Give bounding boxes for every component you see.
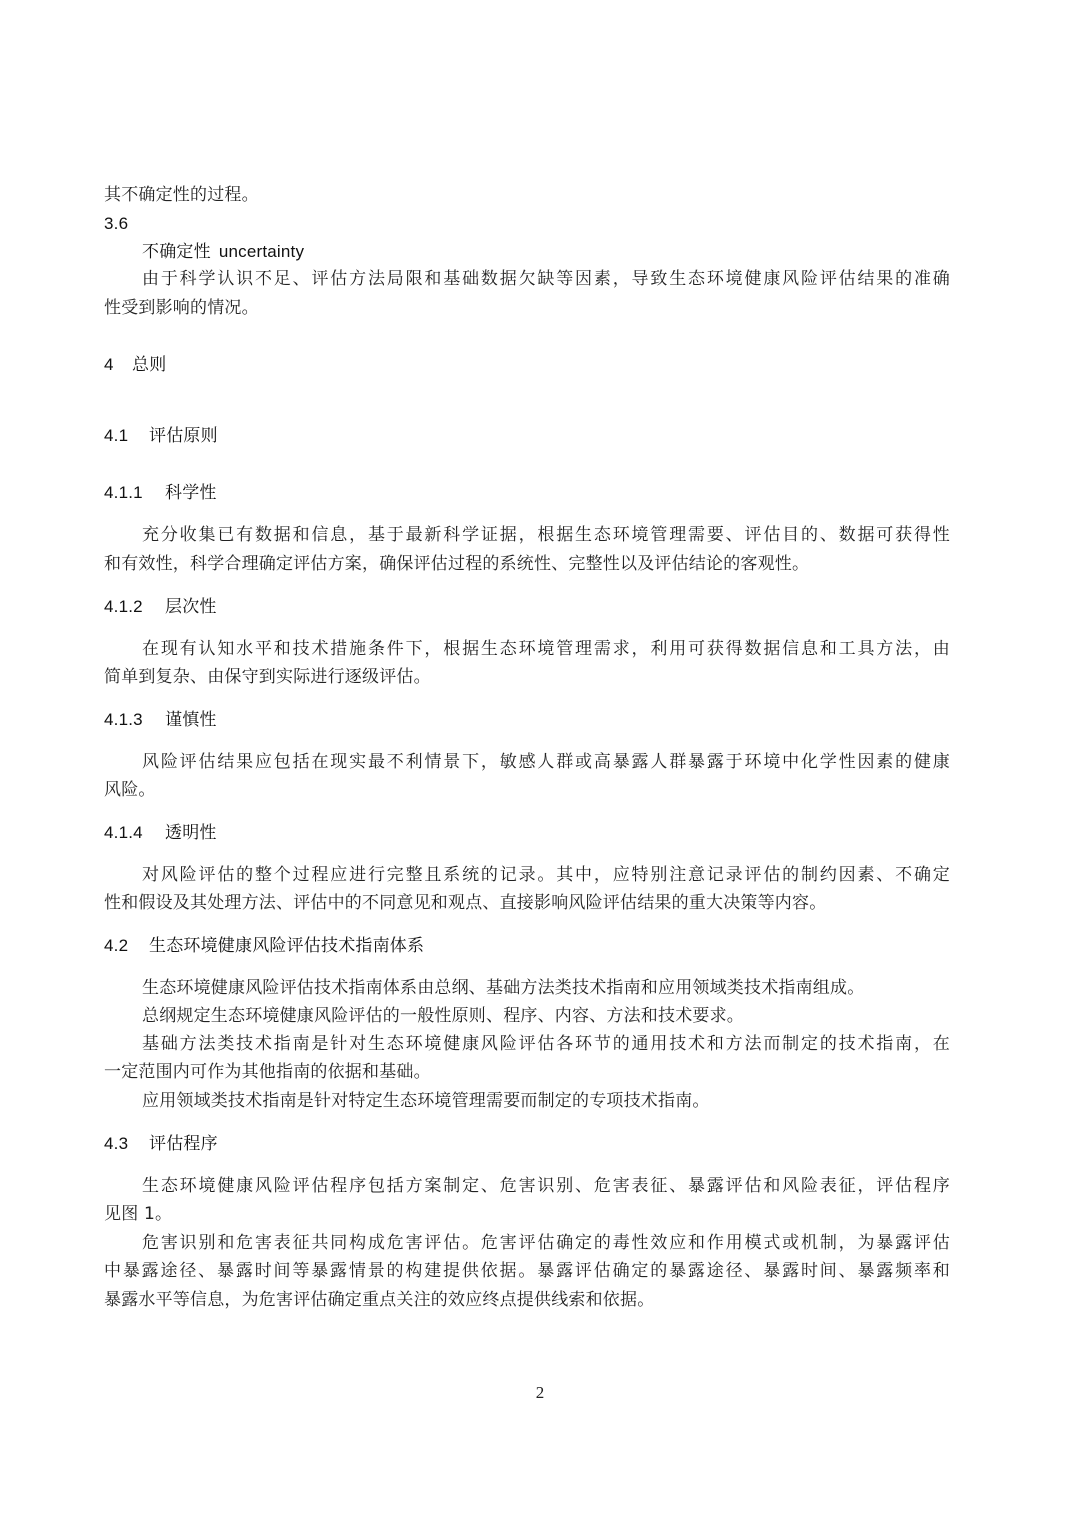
paragraph-line: 对风险评估的整个过程应进行完整且系统的记录。其中，应特别注意记录评估的制约因素、… bbox=[142, 864, 950, 886]
document-page: 其不确定性的过程。 3.6 不确定性uncertainty 由于科学认识不足、评… bbox=[0, 0, 1080, 1527]
section-number: 4.2 bbox=[104, 935, 149, 957]
section-number: 3.6 bbox=[104, 213, 128, 235]
section-title: 谨慎性 bbox=[165, 710, 217, 730]
continuation-text: 其不确定性的过程。 bbox=[104, 184, 259, 206]
term-zh: 不确定性 bbox=[142, 242, 211, 262]
section-number-3-6: 3.6 bbox=[104, 213, 128, 235]
section-heading-4-1-4: 4.1.4透明性 bbox=[104, 822, 217, 844]
paragraph-line: 在现有认知水平和技术措施条件下，根据生态环境管理需求，利用可获得数据信息和工具方… bbox=[142, 638, 950, 660]
paragraph-line: 生态环境健康风险评估技术指南体系由总纲、基础方法类技术指南和应用领域类技术指南组… bbox=[142, 977, 864, 999]
section-heading-4-1-1: 4.1.1科学性 bbox=[104, 482, 217, 504]
paragraph-line: 暴露水平等信息，为危害评估确定重点关注的效应终点提供线索和依据。 bbox=[104, 1289, 654, 1311]
paragraph-line: 和有效性，科学合理确定评估方案，确保评估过程的系统性、完整性以及评估结论的客观性… bbox=[104, 553, 809, 575]
paragraph-line: 基础方法类技术指南是针对生态环境健康风险评估各环节的通用技术和方法而制定的技术指… bbox=[142, 1033, 950, 1055]
section-number: 4.1.1 bbox=[104, 482, 165, 504]
section-title: 评估程序 bbox=[149, 1134, 218, 1154]
section-title: 科学性 bbox=[165, 483, 217, 503]
paragraph-line: 危害识别和危害表征共同构成危害评估。危害评估确定的毒性效应和作用模式或机制，为暴… bbox=[142, 1232, 950, 1254]
section-number: 4.1.3 bbox=[104, 709, 165, 731]
section-number: 4.1.4 bbox=[104, 822, 165, 844]
section-number: 4.3 bbox=[104, 1133, 149, 1155]
paragraph-line: 一定范围内可作为其他指南的依据和基础。 bbox=[104, 1061, 431, 1083]
definition-line-2: 性受到影响的情况。 bbox=[104, 297, 259, 319]
paragraph-line: 总纲规定生态环境健康风险评估的一般性原则、程序、内容、方法和技术要求。 bbox=[142, 1005, 744, 1027]
paragraph-line: 应用领域类技术指南是针对特定生态环境管理需要而制定的专项技术指南。 bbox=[142, 1090, 710, 1112]
section-title: 层次性 bbox=[165, 597, 217, 617]
section-title: 总则 bbox=[132, 355, 166, 375]
definition-line-1: 由于科学认识不足、评估方法局限和基础数据欠缺等因素，导致生态环境健康风险评估结果… bbox=[142, 268, 950, 290]
section-heading-4-1-3: 4.1.3谨慎性 bbox=[104, 709, 217, 731]
section-heading-4-3: 4.3评估程序 bbox=[104, 1133, 218, 1155]
section-title: 透明性 bbox=[165, 823, 217, 843]
paragraph-line: 简单到复杂、由保守到实际进行逐级评估。 bbox=[104, 666, 431, 688]
section-title: 生态环境健康风险评估技术指南体系 bbox=[149, 936, 424, 956]
section-number: 4.1 bbox=[104, 425, 149, 447]
paragraph-line: 风险。 bbox=[104, 779, 156, 801]
section-number: 4.1.2 bbox=[104, 596, 165, 618]
section-title: 评估原则 bbox=[149, 426, 218, 446]
paragraph-line: 见图 1。 bbox=[104, 1203, 172, 1225]
section-heading-4-1-2: 4.1.2层次性 bbox=[104, 596, 217, 618]
paragraph-line: 性和假设及其处理方法、评估中的不同意见和观点、直接影响风险评估结果的重大决策等内… bbox=[104, 892, 826, 914]
term-title: 不确定性uncertainty bbox=[142, 241, 304, 263]
paragraph-line: 风险评估结果应包括在现实最不利情景下，敏感人群或高暴露人群暴露于环境中化学性因素… bbox=[142, 751, 950, 773]
paragraph-line: 充分收集已有数据和信息，基于最新科学证据，根据生态环境管理需要、评估目的、数据可… bbox=[142, 524, 950, 546]
section-heading-4: 4总则 bbox=[104, 354, 166, 376]
section-number: 4 bbox=[104, 354, 132, 376]
section-heading-4-1: 4.1评估原则 bbox=[104, 425, 218, 447]
term-en: uncertainty bbox=[219, 242, 304, 261]
section-heading-4-2: 4.2生态环境健康风险评估技术指南体系 bbox=[104, 935, 424, 957]
paragraph-line: 中暴露途径、暴露时间等暴露情景的构建提供依据。暴露评估确定的暴露途径、暴露时间、… bbox=[104, 1260, 950, 1282]
paragraph-line: 生态环境健康风险评估程序包括方案制定、危害识别、危害表征、暴露评估和风险表征，评… bbox=[142, 1175, 950, 1197]
page-number: 2 bbox=[0, 1383, 1080, 1403]
